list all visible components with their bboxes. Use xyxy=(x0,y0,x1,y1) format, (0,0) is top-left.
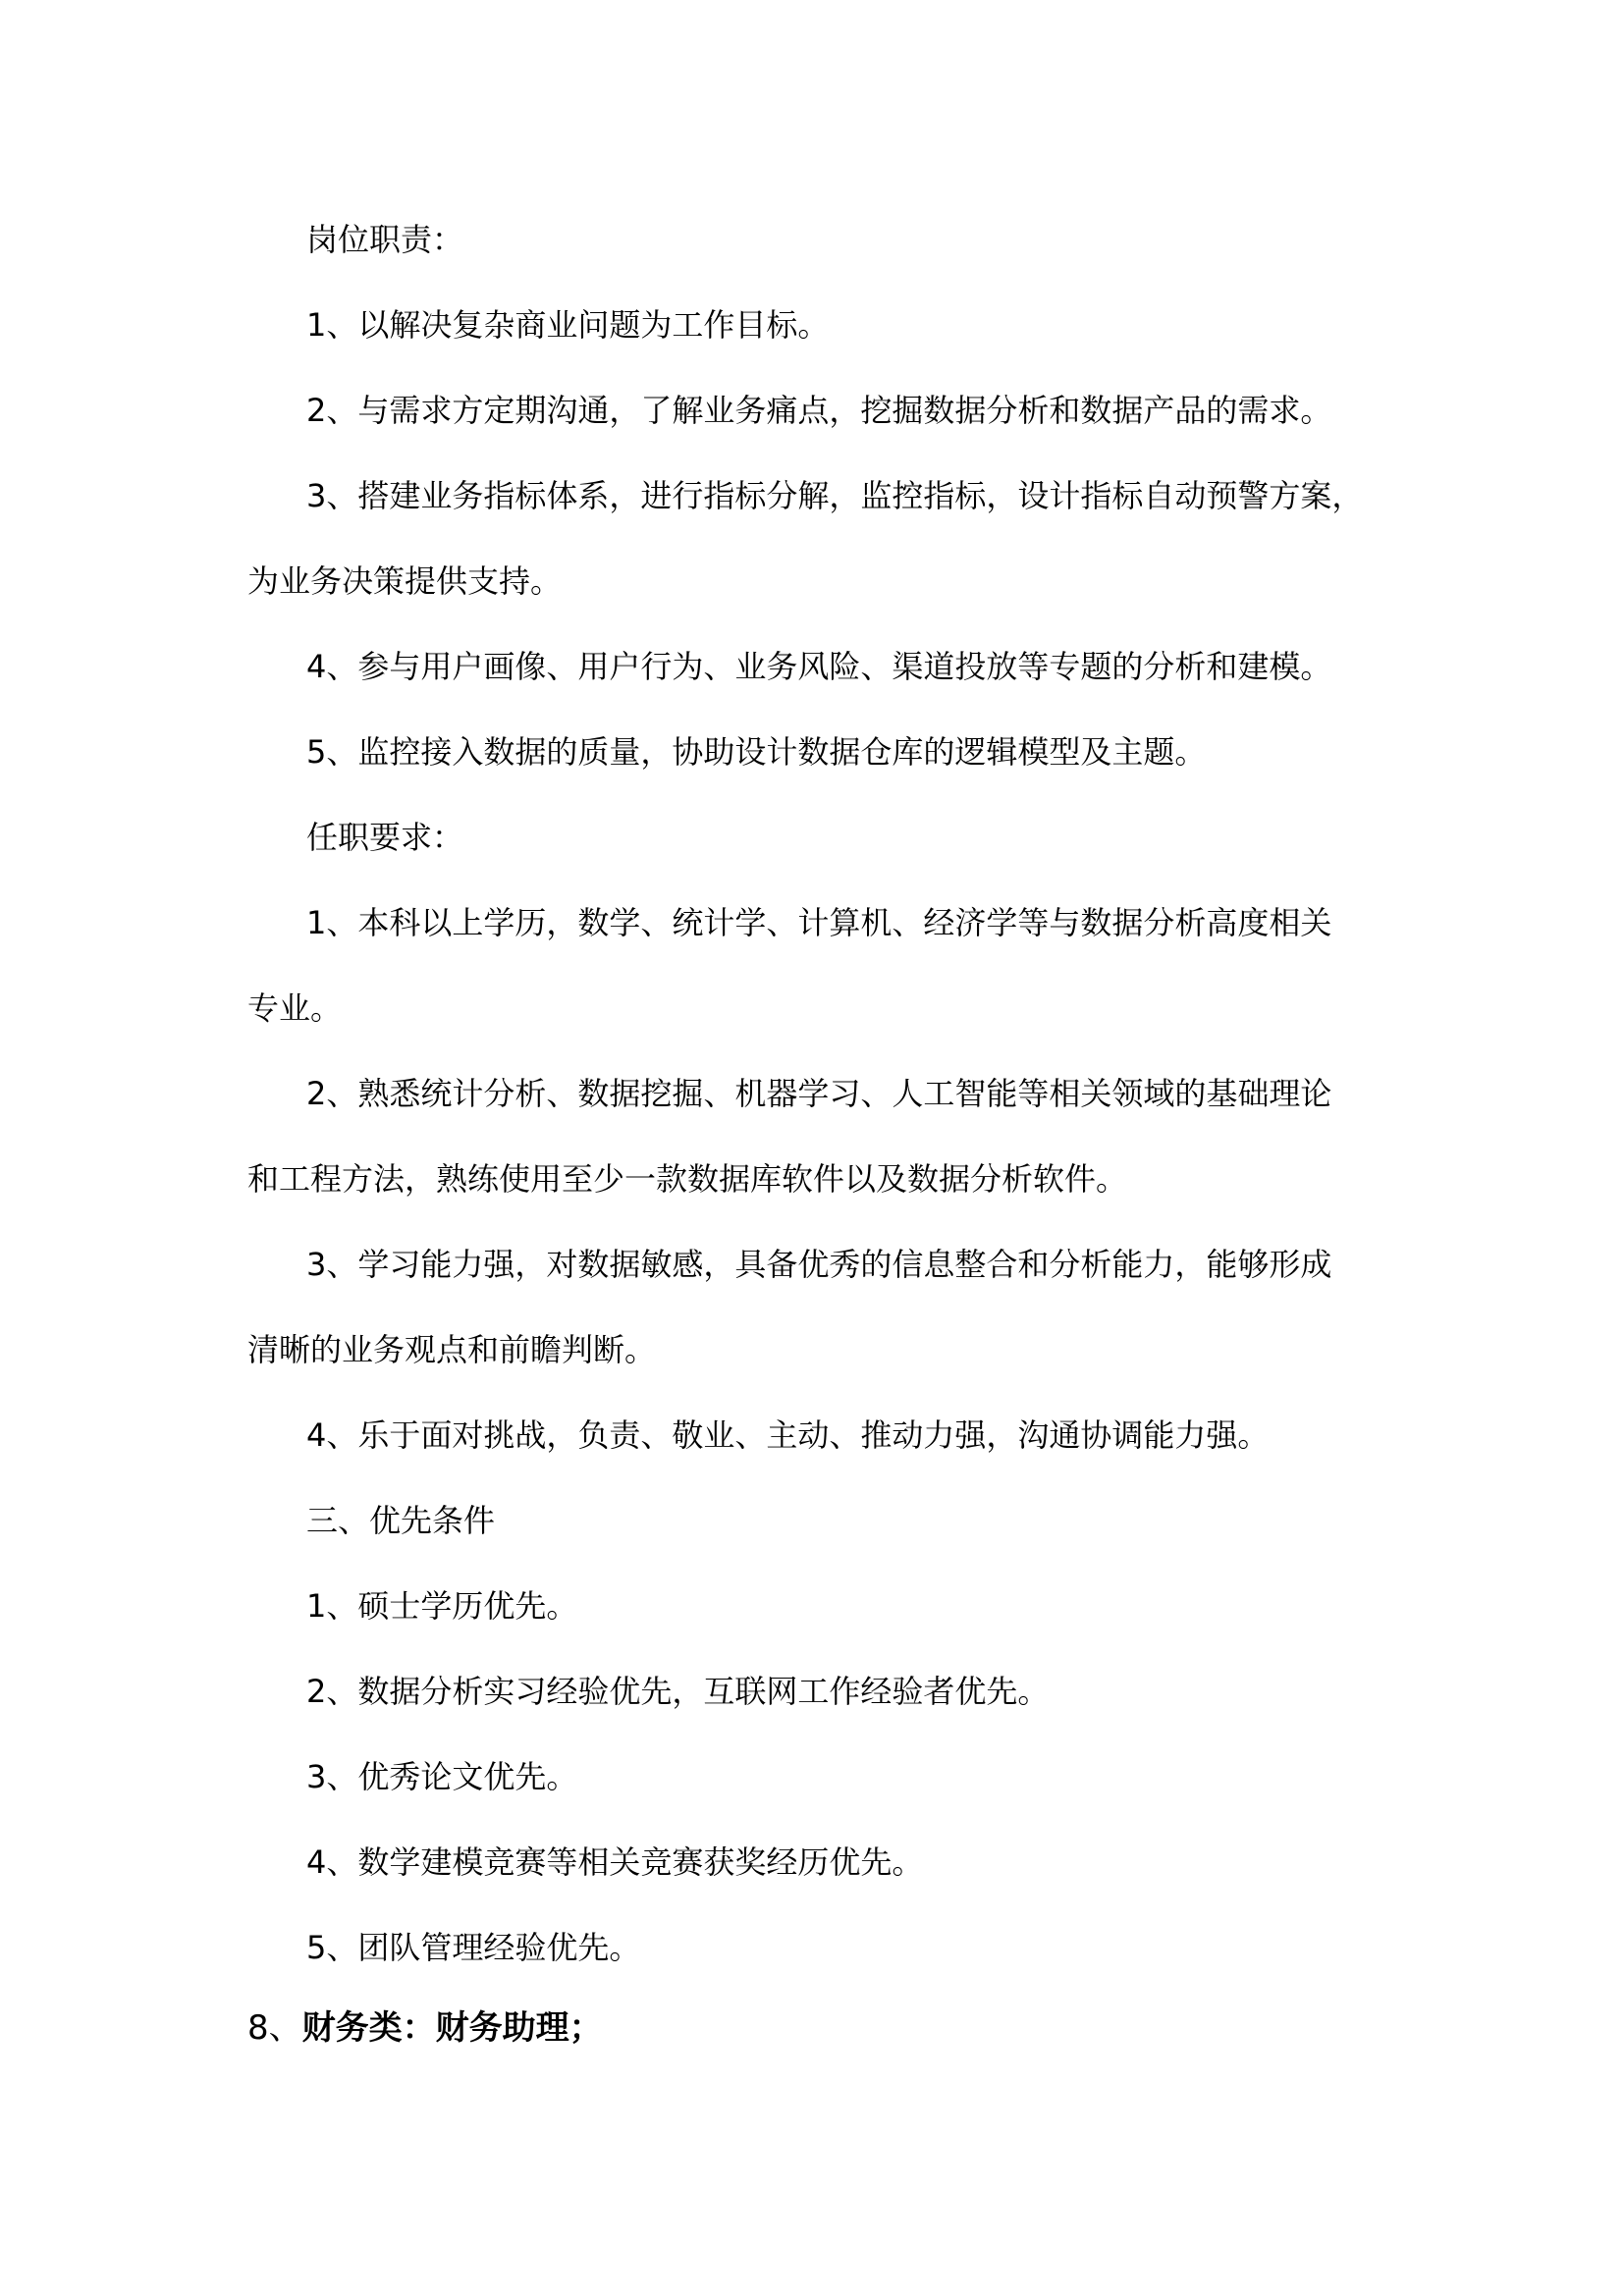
responsibility-item-2: 2、与需求方定期沟通，了解业务痛点，挖掘数据分析和数据产品的需求。 xyxy=(306,391,1331,430)
preference-item-2: 2、数据分析实习经验优先，互联网工作经验者优先。 xyxy=(306,1672,1049,1711)
requirement-item-4: 4、乐于面对挑战，负责、敬业、主动、推动力强，沟通协调能力强。 xyxy=(306,1415,1269,1455)
preference-item-4: 4、数学建模竞赛等相关竞赛获奖经历优先。 xyxy=(306,1842,923,1882)
preference-item-1: 1、硕士学历优先。 xyxy=(306,1586,577,1626)
section-heading-requirements: 任职要求： xyxy=(306,818,463,857)
responsibility-item-3-continued: 为业务决策提供支持。 xyxy=(247,561,562,601)
document-page: 岗位职责： 1、以解决复杂商业问题为工作目标。 2、与需求方定期沟通，了解业务痛… xyxy=(0,0,1624,2296)
next-job-heading-number: 8、 xyxy=(247,2008,302,2048)
requirement-item-2-continued: 和工程方法，熟练使用至少一款数据库软件以及数据分析软件。 xyxy=(247,1159,1127,1199)
responsibility-item-4: 4、参与用户画像、用户行为、业务风险、渠道投放等专题的分析和建模。 xyxy=(306,647,1331,686)
preference-item-5: 5、团队管理经验优先。 xyxy=(306,1928,640,1967)
responsibility-item-5: 5、监控接入数据的质量，协助设计数据仓库的逻辑模型及主题。 xyxy=(306,732,1206,772)
next-job-heading-title: 财务类：财务助理； xyxy=(302,2008,603,2048)
section-heading-responsibilities: 岗位职责： xyxy=(306,220,463,259)
requirement-item-2: 2、熟悉统计分析、数据挖掘、机器学习、人工智能等相关领域的基础理论 xyxy=(306,1074,1331,1113)
requirement-item-3-continued: 清晰的业务观点和前瞻判断。 xyxy=(247,1330,656,1369)
responsibility-item-3: 3、搭建业务指标体系，进行指标分解，监控指标，设计指标自动预警方案， xyxy=(306,476,1363,515)
requirement-item-3: 3、学习能力强，对数据敏感，具备优秀的信息整合和分析能力，能够形成 xyxy=(306,1245,1331,1284)
requirement-item-1-continued: 专业。 xyxy=(247,988,342,1028)
next-job-heading: 8、财务类：财务助理； xyxy=(247,2006,603,2050)
section-heading-preferences: 三、优先条件 xyxy=(306,1501,495,1540)
responsibility-item-1: 1、以解决复杂商业问题为工作目标。 xyxy=(306,305,829,345)
preference-item-3: 3、优秀论文优先。 xyxy=(306,1757,577,1796)
requirement-item-1: 1、本科以上学历，数学、统计学、计算机、经济学等与数据分析高度相关 xyxy=(306,903,1331,942)
